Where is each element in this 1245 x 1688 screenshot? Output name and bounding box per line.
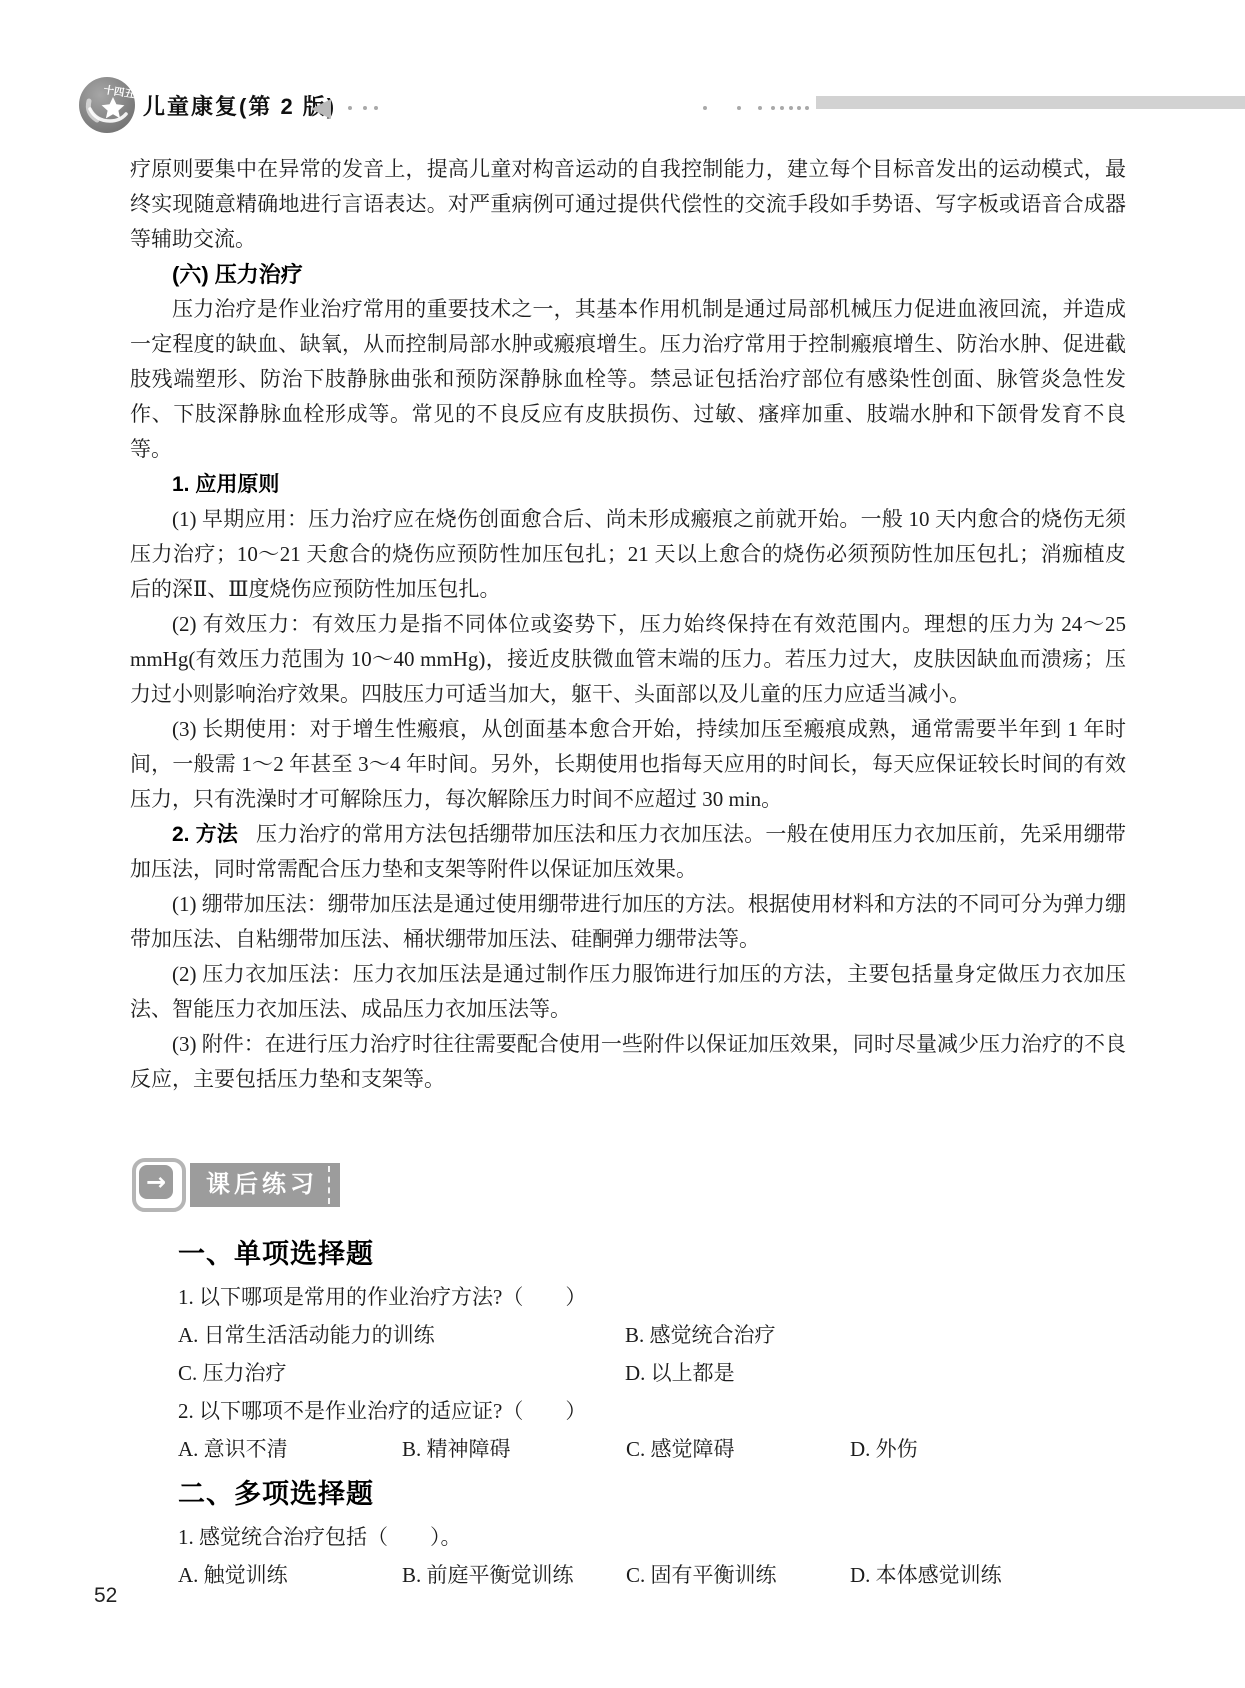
question-stem: 1. 感觉统合治疗包括（ ）。	[178, 1518, 1138, 1556]
paragraph-principle-2: (2) 有效压力：有效压力是指不同体位或姿势下，压力始终保持在有效范围内。理想的…	[130, 607, 1126, 712]
option-b: B. 前庭平衡觉训练	[402, 1556, 626, 1594]
exercises-section: 一、单项选择题 1. 以下哪项是常用的作业治疗方法?（ ） A. 日常生活活动能…	[178, 1236, 1138, 1594]
option-c: C. 感觉障碍	[626, 1430, 850, 1468]
option-row: A. 意识不清 B. 精神障碍 C. 感觉障碍 D. 外伤	[178, 1430, 1138, 1468]
paragraph-principle-1: (1) 早期应用：压力治疗应在烧伤创面愈合后、尚未形成瘢痕之前就开始。一般 10…	[130, 502, 1126, 607]
paragraph-method-2: (2) 压力衣加压法：压力衣加压法是通过制作压力服饰进行加压的方法，主要包括量身…	[130, 957, 1126, 1027]
paragraph-intro: 压力治疗是作业治疗常用的重要技术之一，其基本作用机制是通过局部机械压力促进血液回…	[130, 292, 1126, 467]
header-dots	[789, 106, 793, 110]
publisher-logo: 十四五	[78, 76, 136, 134]
section-heading-pressure-therapy: (六) 压力治疗	[130, 257, 1126, 292]
page-body: 疗原则要集中在异常的发音上，提高儿童对构音运动的自我控制能力，建立每个目标音发出…	[130, 152, 1126, 1097]
paragraph-continuation: 疗原则要集中在异常的发音上，提高儿童对构音运动的自我控制能力，建立每个目标音发出…	[130, 152, 1126, 257]
option-b: B. 感觉统合治疗	[625, 1316, 1138, 1354]
header-dots	[703, 106, 707, 110]
question-stem: 1. 以下哪项是常用的作业治疗方法?（ ）	[178, 1278, 1138, 1316]
header-dots	[348, 106, 352, 110]
option-b: B. 精神障碍	[402, 1430, 626, 1468]
subsection-heading-principles: 1. 应用原则	[130, 467, 1126, 502]
option-row: A. 日常生活活动能力的训练 B. 感觉统合治疗	[178, 1316, 1138, 1354]
option-d: D. 本体感觉训练	[850, 1556, 1138, 1594]
arrow-right-glyph: →	[139, 1165, 173, 1199]
book-page: 十四五 儿童康复(第 2 版) 疗原则要集中在异常的发音上，提高儿童对构音运动的…	[0, 0, 1245, 1688]
header-dots	[363, 106, 367, 110]
page-number: 52	[94, 1584, 117, 1608]
option-c: C. 压力治疗	[178, 1354, 625, 1392]
option-a: A. 日常生活活动能力的训练	[178, 1316, 625, 1354]
header-dots	[374, 106, 378, 110]
paragraph-methods: 2. 方法压力治疗的常用方法包括绷带加压法和压力衣加压法。一般在使用压力衣加压前…	[130, 817, 1126, 887]
paragraph-method-1: (1) 绷带加压法：绷带加压法是通过使用绷带进行加压的方法。根据使用材料和方法的…	[130, 887, 1126, 957]
option-c: C. 固有平衡训练	[626, 1556, 850, 1594]
exercise-badge-label: 课后练习	[190, 1163, 340, 1207]
option-row: C. 压力治疗 D. 以上都是	[178, 1354, 1138, 1392]
header-dots	[805, 106, 809, 110]
logo-icon: 十四五	[78, 76, 136, 134]
header-dots	[771, 106, 775, 110]
subsection-heading-methods: 2. 方法	[172, 823, 238, 846]
header-dots	[780, 106, 784, 110]
option-d: D. 外伤	[850, 1430, 1138, 1468]
header-rule-bar	[816, 96, 1245, 109]
option-d: D. 以上都是	[625, 1354, 1138, 1392]
exercise-section-title-multi-choice: 二、多项选择题	[178, 1476, 1138, 1512]
book-title: 儿童康复(第 2 版)	[143, 90, 336, 121]
header-dots	[797, 106, 801, 110]
header-dots	[737, 106, 741, 110]
option-row: A. 触觉训练 B. 前庭平衡觉训练 C. 固有平衡训练 D. 本体感觉训练	[178, 1556, 1138, 1594]
option-a: A. 意识不清	[178, 1430, 402, 1468]
arrow-left-icon	[311, 99, 331, 119]
paragraph-method-3: (3) 附件：在进行压力治疗时往往需要配合使用一些附件以保证加压效果，同时尽量减…	[130, 1027, 1126, 1097]
option-a: A. 触觉训练	[178, 1556, 402, 1594]
question-stem: 2. 以下哪项不是作业治疗的适应证?（ ）	[178, 1392, 1138, 1430]
paragraph-principle-3: (3) 长期使用：对于增生性瘢痕，从创面基本愈合开始，持续加压至瘢痕成熟，通常需…	[130, 712, 1126, 817]
arrow-right-icon: →	[132, 1158, 186, 1212]
header-dots	[758, 106, 762, 110]
exercise-section-title-single-choice: 一、单项选择题	[178, 1236, 1138, 1272]
methods-intro-text: 压力治疗的常用方法包括绷带加压法和压力衣加压法。一般在使用压力衣加压前，先采用绷…	[130, 822, 1126, 881]
